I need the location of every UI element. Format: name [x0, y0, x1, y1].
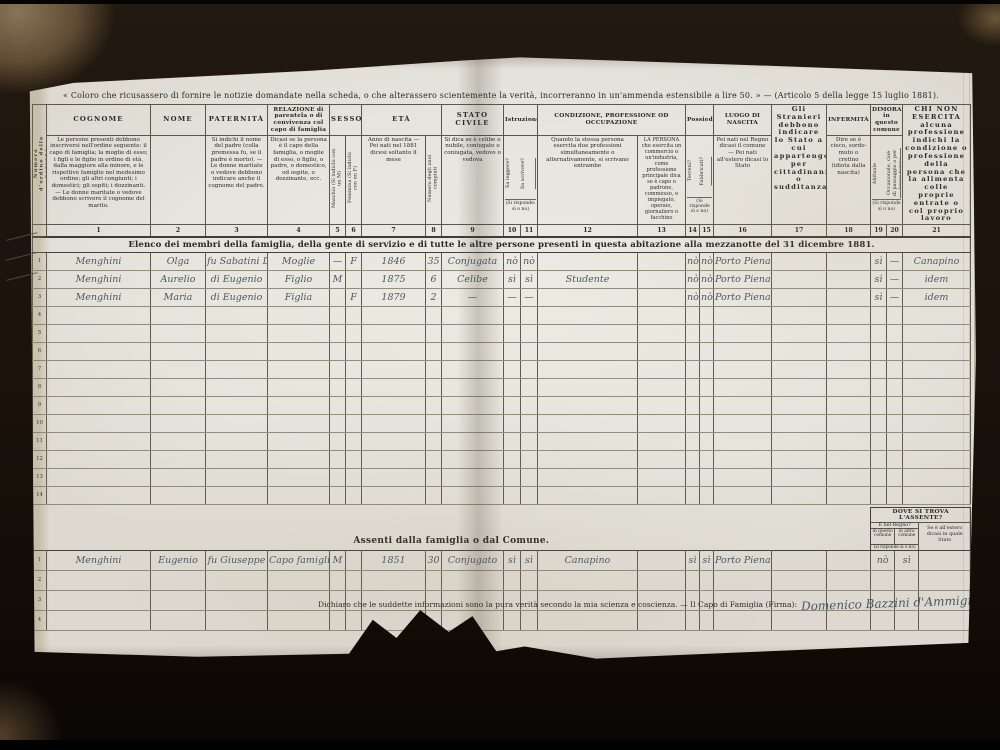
entry-cell: 35 — [426, 252, 442, 270]
entry-cell — [887, 414, 903, 432]
entry-cell: Canapino — [903, 252, 971, 270]
entry-cell — [772, 450, 827, 468]
entry-cell — [426, 486, 442, 504]
entry-cell — [346, 468, 362, 486]
entry-cell — [346, 342, 362, 360]
entry-cell — [538, 432, 638, 450]
entry-cell — [538, 288, 638, 306]
entry-cell: 2 — [426, 288, 442, 306]
entry-cell — [638, 396, 686, 414]
entry-cell — [504, 396, 521, 414]
entry-cell — [330, 432, 346, 450]
entry-cell — [772, 378, 827, 396]
entry-cell — [442, 468, 504, 486]
row-number: 2 — [33, 570, 47, 590]
entry-cell — [47, 432, 151, 450]
entry-cell — [330, 468, 346, 486]
entry-cell — [887, 468, 903, 486]
entry-cell — [714, 414, 772, 432]
entry-cell — [887, 324, 903, 342]
entry-cell: nò — [686, 270, 700, 288]
col-relazione-header: RELAZIONE di parentela o di convivenza c… — [268, 105, 330, 136]
entry-cell — [521, 610, 538, 630]
cognome-instructions: Le persone presenti debbono inscriversi … — [47, 135, 151, 224]
entry-cell — [47, 610, 151, 630]
entry-cell — [521, 378, 538, 396]
entry-cell — [330, 360, 346, 378]
entry-cell — [521, 324, 538, 342]
entry-cell — [330, 486, 346, 504]
entry-cell — [206, 468, 268, 486]
entry-cell — [521, 396, 538, 414]
entry-cell — [903, 396, 971, 414]
entry-cell — [827, 252, 871, 270]
entry-cell — [268, 450, 330, 468]
entry-cell: sì — [521, 550, 538, 570]
entry-cell: Olga — [151, 252, 206, 270]
entry-cell: 30 — [426, 550, 442, 570]
table-row: 10 — [33, 414, 971, 432]
entry-cell — [714, 396, 772, 414]
entry-cell — [268, 570, 330, 590]
eta-anni-subheader: Numero degli anni compiuti — [426, 135, 442, 224]
entry-cell — [346, 450, 362, 468]
entry-cell — [827, 324, 871, 342]
entry-cell — [442, 306, 504, 324]
entry-cell — [504, 360, 521, 378]
table-row: 3MenghiniMariadi EugenioFigliaF18792———n… — [33, 288, 971, 306]
col-nome-header: NOME — [151, 105, 206, 136]
table-row: 4 — [33, 306, 971, 324]
istruzione-subheaders: Sa leggere?Sa scrivere? (Si risponde: sì… — [504, 135, 538, 224]
entry-cell — [206, 378, 268, 396]
sesso-femmina-subheader: Femmina (Si indichi con un F) — [346, 135, 362, 224]
entry-cell — [772, 288, 827, 306]
entry-cell: 1875 — [362, 270, 426, 288]
nome-instructions — [151, 135, 206, 224]
possiede-subheaders: Terreni?Fabbricati? (Si risponde sì o no… — [686, 135, 714, 224]
entry-cell: Celibe — [442, 270, 504, 288]
entry-cell — [426, 450, 442, 468]
entry-cell — [47, 342, 151, 360]
row-number: 3 — [33, 590, 47, 610]
present-section-title: Elenco dei membri della famiglia, della … — [33, 237, 971, 253]
entry-cell — [871, 360, 887, 378]
entry-cell — [686, 414, 700, 432]
entry-cell — [772, 432, 827, 450]
entry-cell — [346, 378, 362, 396]
entry-cell — [686, 360, 700, 378]
entry-cell — [442, 378, 504, 396]
entry-cell: Conjugata — [442, 252, 504, 270]
entry-cell — [330, 306, 346, 324]
entry-cell — [772, 396, 827, 414]
entry-cell — [504, 468, 521, 486]
entry-cell — [638, 432, 686, 450]
table-row: 7 — [33, 360, 971, 378]
entry-cell — [903, 306, 971, 324]
entry-cell — [871, 324, 887, 342]
row-number: 9 — [33, 396, 47, 414]
entry-cell — [362, 414, 426, 432]
entry-cell: sì — [504, 550, 521, 570]
entry-cell: Canapino — [538, 550, 638, 570]
table-row: 8 — [33, 378, 971, 396]
entry-cell — [700, 432, 714, 450]
row-number: 1 — [33, 252, 47, 270]
entry-cell: sì — [871, 252, 887, 270]
row-number: 12 — [33, 450, 47, 468]
entry-cell — [871, 414, 887, 432]
entry-cell: nò — [700, 252, 714, 270]
entry-cell — [442, 450, 504, 468]
entry-cell — [346, 432, 362, 450]
entry-cell: — — [887, 252, 903, 270]
entry-cell — [903, 342, 971, 360]
entry-cell — [521, 468, 538, 486]
entry-cell: Aurelio — [151, 270, 206, 288]
entry-cell: Maria — [151, 288, 206, 306]
entry-cell — [504, 378, 521, 396]
entry-cell — [887, 432, 903, 450]
entry-cell — [346, 570, 362, 590]
entry-cell — [871, 306, 887, 324]
entry-cell — [268, 360, 330, 378]
entry-cell — [871, 610, 895, 630]
table-row: 6 — [33, 342, 971, 360]
entry-cell — [330, 288, 346, 306]
entry-cell — [206, 610, 268, 630]
condizione-instructions: Quando la stessa persona esercita due pr… — [538, 135, 638, 224]
entry-cell — [538, 360, 638, 378]
entry-cell — [47, 486, 151, 504]
declaration-text: Dichiaro che le suddette informazioni so… — [318, 600, 797, 609]
entry-cell: M — [330, 550, 346, 570]
entry-cell — [346, 324, 362, 342]
col-sesso-header: SESSO — [330, 105, 362, 136]
entry-cell — [903, 486, 971, 504]
row-number: 3 — [33, 288, 47, 306]
entry-cell — [638, 342, 686, 360]
entry-cell — [47, 378, 151, 396]
entry-cell — [871, 570, 895, 590]
entry-cell: Porto Piena — [714, 252, 772, 270]
entry-cell — [268, 468, 330, 486]
entry-cell — [827, 360, 871, 378]
entry-cell — [362, 378, 426, 396]
entry-cell — [346, 270, 362, 288]
table-row: 2 — [33, 570, 971, 590]
entry-cell — [346, 486, 362, 504]
entry-cell — [700, 306, 714, 324]
entry-cell — [887, 450, 903, 468]
entry-cell — [504, 610, 521, 630]
entry-cell: nò — [686, 252, 700, 270]
entry-cell — [772, 468, 827, 486]
entry-cell — [47, 590, 151, 610]
entry-cell: Figlia — [268, 288, 330, 306]
entry-cell — [772, 306, 827, 324]
entry-cell — [772, 342, 827, 360]
entry-cell — [772, 252, 827, 270]
entry-cell — [700, 324, 714, 342]
col-infermita-header: INFERMITÀ — [827, 105, 871, 136]
col-paternita-header: PATERNITÀ — [206, 105, 268, 136]
entry-cell — [268, 378, 330, 396]
col-possiede-header: Possiede — [686, 105, 714, 136]
condizione-persona-instructions: LA PERSONA che esercita un commercio o u… — [638, 135, 686, 224]
entry-cell — [871, 378, 887, 396]
col-luogo-header: LUOGO DI NASCITA — [714, 105, 772, 136]
entry-cell: nò — [521, 252, 538, 270]
column-numbers-row: 1 2 3 4 5 6 7 8 9 10 11 12 13 14 — [33, 225, 971, 237]
entry-cell — [714, 306, 772, 324]
entry-cell — [686, 432, 700, 450]
entry-cell — [714, 486, 772, 504]
table-row: 4 — [33, 610, 971, 630]
col-statocivile-header: STATO CIVILE — [442, 105, 504, 136]
row-number: 4 — [33, 306, 47, 324]
entry-cell — [206, 396, 268, 414]
entry-cell: sì — [700, 550, 714, 570]
entry-cell — [330, 396, 346, 414]
entry-cell — [151, 306, 206, 324]
entry-cell — [504, 570, 521, 590]
entry-cell — [827, 610, 871, 630]
entry-cell — [442, 610, 504, 630]
paternita-instructions: Si indichi il nome del padre (colla prem… — [206, 135, 268, 224]
entry-cell — [206, 570, 268, 590]
entry-cell: sì — [871, 270, 887, 288]
entry-cell — [887, 378, 903, 396]
entry-cell — [871, 468, 887, 486]
entry-cell — [538, 396, 638, 414]
entry-cell: — — [887, 270, 903, 288]
entry-cell — [47, 570, 151, 590]
entry-cell — [521, 342, 538, 360]
entry-cell — [638, 360, 686, 378]
entry-cell — [638, 414, 686, 432]
entry-cell: sì — [895, 550, 919, 570]
entry-cell — [538, 378, 638, 396]
entry-cell — [47, 360, 151, 378]
entry-cell — [700, 610, 714, 630]
entry-cell — [330, 570, 346, 590]
entry-cell: 1879 — [362, 288, 426, 306]
entry-cell — [772, 570, 827, 590]
table-row: 2MenghiniAureliodi EugenioFiglioM18756Ce… — [33, 270, 971, 288]
col-chinonesercita-header: CHI NON ESERCITA alcuna professione indi… — [903, 105, 971, 225]
entry-cell: Moglie — [268, 252, 330, 270]
entry-cell — [686, 342, 700, 360]
entry-cell — [714, 450, 772, 468]
entry-cell — [330, 324, 346, 342]
entry-cell — [362, 610, 426, 630]
entry-cell — [504, 414, 521, 432]
entry-cell — [521, 414, 538, 432]
entry-cell: sì — [686, 550, 700, 570]
entry-cell — [827, 306, 871, 324]
entry-cell — [151, 450, 206, 468]
entry-cell: 1851 — [362, 550, 426, 570]
entry-cell — [47, 450, 151, 468]
entry-cell — [538, 342, 638, 360]
entry-cell — [330, 610, 346, 630]
entry-cell — [638, 306, 686, 324]
row-number: 4 — [33, 610, 47, 630]
entry-cell — [903, 414, 971, 432]
entry-cell — [151, 378, 206, 396]
statocivile-instructions: Si dica se è celibe o nubile, coniugato … — [442, 135, 504, 224]
entry-cell — [686, 450, 700, 468]
col-cognome-header: COGNOME — [47, 105, 151, 136]
declaration-line: Dichiaro che le suddette informazioni so… — [318, 596, 960, 610]
sesso-maschio-subheader: Maschio (Si indichi con un M) — [330, 135, 346, 224]
entry-cell: fu Giuseppe — [206, 550, 268, 570]
entry-cell — [426, 378, 442, 396]
col-condizione-header: CONDIZIONE, PROFESSIONE OD OCCUPAZIONE — [538, 105, 686, 136]
census-sheet: « Coloro che ricusassero di fornire le n… — [26, 55, 976, 661]
entry-cell: — — [504, 288, 521, 306]
entry-cell — [714, 610, 772, 630]
entry-cell — [638, 550, 686, 570]
entry-cell — [871, 396, 887, 414]
entry-cell — [772, 550, 827, 570]
entry-cell — [638, 486, 686, 504]
entry-cell — [700, 360, 714, 378]
entry-cell — [206, 486, 268, 504]
relazione-instructions: Dicasi se la persona è il capo della fam… — [268, 135, 330, 224]
col-stranieri-header: Gli Stranieri debbono indicare lo Stato … — [772, 105, 827, 225]
entry-cell — [346, 550, 362, 570]
entry-cell — [151, 342, 206, 360]
entry-cell — [714, 324, 772, 342]
entry-cell — [919, 570, 971, 590]
entry-cell — [151, 570, 206, 590]
row-number: 14 — [33, 486, 47, 504]
entry-cell — [47, 324, 151, 342]
entry-cell — [521, 360, 538, 378]
sheet-content: « Coloro che ricusassero di fornire le n… — [32, 91, 970, 631]
entry-cell — [686, 468, 700, 486]
entry-cell — [504, 486, 521, 504]
entry-cell — [330, 414, 346, 432]
entry-cell — [686, 396, 700, 414]
entry-cell — [330, 378, 346, 396]
entry-cell — [151, 414, 206, 432]
entry-cell — [638, 610, 686, 630]
entry-cell — [346, 610, 362, 630]
entry-cell — [426, 610, 442, 630]
entry-cell — [700, 342, 714, 360]
entry-cell — [638, 570, 686, 590]
table-row: 1MenghiniOlgafu Sabatini DanteMoglie—F18… — [33, 252, 971, 270]
entry-cell — [638, 468, 686, 486]
entry-cell — [268, 414, 330, 432]
entry-cell — [346, 414, 362, 432]
entry-cell — [887, 306, 903, 324]
entry-cell — [346, 396, 362, 414]
entry-cell — [504, 324, 521, 342]
where-is-absent-header: DOVE SI TROVA L'ASSENTE? È nel Regno? in… — [871, 507, 971, 550]
entry-cell — [827, 378, 871, 396]
entry-cell — [362, 396, 426, 414]
entry-cell — [772, 486, 827, 504]
entry-cell — [206, 360, 268, 378]
entry-cell — [827, 432, 871, 450]
row-number: 10 — [33, 414, 47, 432]
entry-cell — [362, 486, 426, 504]
luogo-instructions: Pei nati nel Regno dicasi il comune — Pe… — [714, 135, 772, 224]
entry-cell: M — [330, 270, 346, 288]
entry-cell — [903, 360, 971, 378]
entry-cell — [714, 432, 772, 450]
entry-cell — [714, 570, 772, 590]
entry-cell — [887, 396, 903, 414]
entry-cell — [827, 396, 871, 414]
entry-cell — [206, 342, 268, 360]
entry-cell — [871, 342, 887, 360]
entry-cell — [442, 414, 504, 432]
entry-cell — [442, 360, 504, 378]
entry-cell — [426, 342, 442, 360]
row-number: 11 — [33, 432, 47, 450]
entry-cell — [521, 432, 538, 450]
entry-cell: Conjugato — [442, 550, 504, 570]
entry-cell: Menghini — [47, 288, 151, 306]
entry-cell — [442, 570, 504, 590]
entry-cell — [362, 468, 426, 486]
entry-cell: nò — [504, 252, 521, 270]
entry-cell — [772, 324, 827, 342]
entry-cell — [827, 414, 871, 432]
entry-cell — [903, 450, 971, 468]
col-numero-header: Numero d'ordine delle persone — [33, 105, 47, 225]
entry-cell — [903, 468, 971, 486]
infermita-instructions: Dire se è cieco, sordo-muto o cretino (i… — [827, 135, 871, 224]
entry-cell — [442, 324, 504, 342]
entry-cell — [442, 486, 504, 504]
present-persons-table: Numero d'ordine delle persone COGNOME NO… — [32, 104, 971, 505]
entry-cell — [504, 432, 521, 450]
entry-cell — [538, 486, 638, 504]
entry-cell — [538, 610, 638, 630]
entry-cell — [268, 610, 330, 630]
table-row: 11 — [33, 432, 971, 450]
entry-cell — [827, 450, 871, 468]
entry-cell — [700, 486, 714, 504]
entry-cell — [919, 610, 971, 630]
row-number: 8 — [33, 378, 47, 396]
table-row: 9 — [33, 396, 971, 414]
table-row: 12 — [33, 450, 971, 468]
entry-cell — [47, 414, 151, 432]
entry-cell — [827, 342, 871, 360]
entry-cell — [426, 414, 442, 432]
entry-cell — [426, 570, 442, 590]
entry-cell — [686, 486, 700, 504]
legal-warning-note: « Coloro che ricusassero di fornire le n… — [32, 91, 970, 100]
entry-cell — [362, 432, 426, 450]
entry-cell: Menghini — [47, 270, 151, 288]
entry-cell — [700, 450, 714, 468]
table-row: 14 — [33, 486, 971, 504]
entry-cell — [871, 432, 887, 450]
entry-cell: — — [887, 288, 903, 306]
entry-cell: idem — [903, 288, 971, 306]
entry-cell — [871, 450, 887, 468]
entry-cell — [895, 570, 919, 590]
